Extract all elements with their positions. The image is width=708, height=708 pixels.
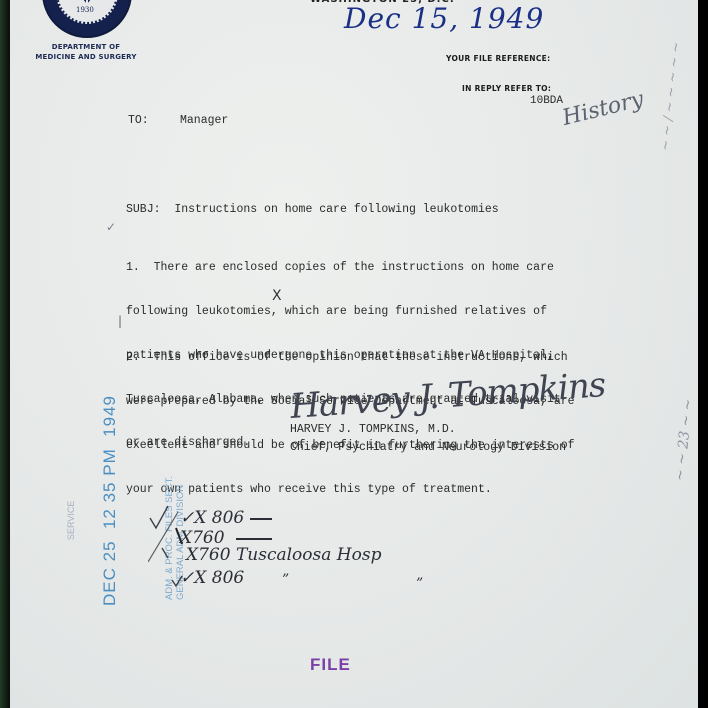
your-file-reference-label: YOUR FILE REFERENCE: — [446, 54, 550, 63]
signatory-title: Chief, Psychiatry and Neurology Division — [290, 441, 566, 454]
in-reply-refer-to-label: IN REPLY REFER TO: — [462, 84, 551, 93]
ditto-mark: ” — [282, 572, 289, 588]
note-dash — [236, 538, 272, 540]
to-recipient: Manager — [180, 114, 228, 127]
note-dash — [250, 518, 272, 520]
scan-left-border — [0, 0, 10, 708]
subject-label: SUBJ: — [126, 203, 161, 216]
scan-right-border — [698, 0, 708, 708]
right-margin-note: ~ ~ 23 ~ ~ — [672, 398, 697, 482]
subject-line: SUBJ: Instructions on home care followin… — [126, 203, 499, 216]
file-stamp: FILE — [310, 655, 351, 675]
signatory-name: HARVEY J. TOMPKINS, M.D. — [290, 423, 456, 436]
right-margin-note: ~ ~ / ~ ~ ~ ~ ~ — [658, 41, 684, 152]
x-mark-icon: X — [272, 288, 282, 304]
handwritten-note-line-3: X760 Tuscaloosa Hosp — [186, 545, 381, 565]
letter-page: 1930 DEPARTMENT OF MEDICINE AND SURGERY … — [10, 0, 698, 708]
to-label: TO: — [128, 114, 149, 127]
va-seal-icon: 1930 — [42, 0, 132, 38]
ditto-mark: ” — [416, 576, 423, 592]
faint-stamp: SERVICE — [66, 501, 76, 540]
department-name: DEPARTMENT OF MEDICINE AND SURGERY — [26, 42, 146, 62]
margin-tick-icon: | — [118, 314, 122, 328]
handwritten-note-line-4: ✓X 806 — [180, 568, 244, 588]
received-date-stamp: DEC 25 12 35 PM 1949 — [100, 395, 120, 606]
subject-text: Instructions on home care following leuk… — [174, 203, 498, 216]
handwritten-date: Dec 15, 1949 — [344, 2, 544, 35]
handwritten-note-line-1: ✓X 806 — [180, 508, 244, 528]
reply-reference-code: 10BDA — [530, 95, 563, 107]
history-annotation: History — [560, 87, 646, 131]
margin-check-icon: ✓ — [106, 220, 116, 234]
